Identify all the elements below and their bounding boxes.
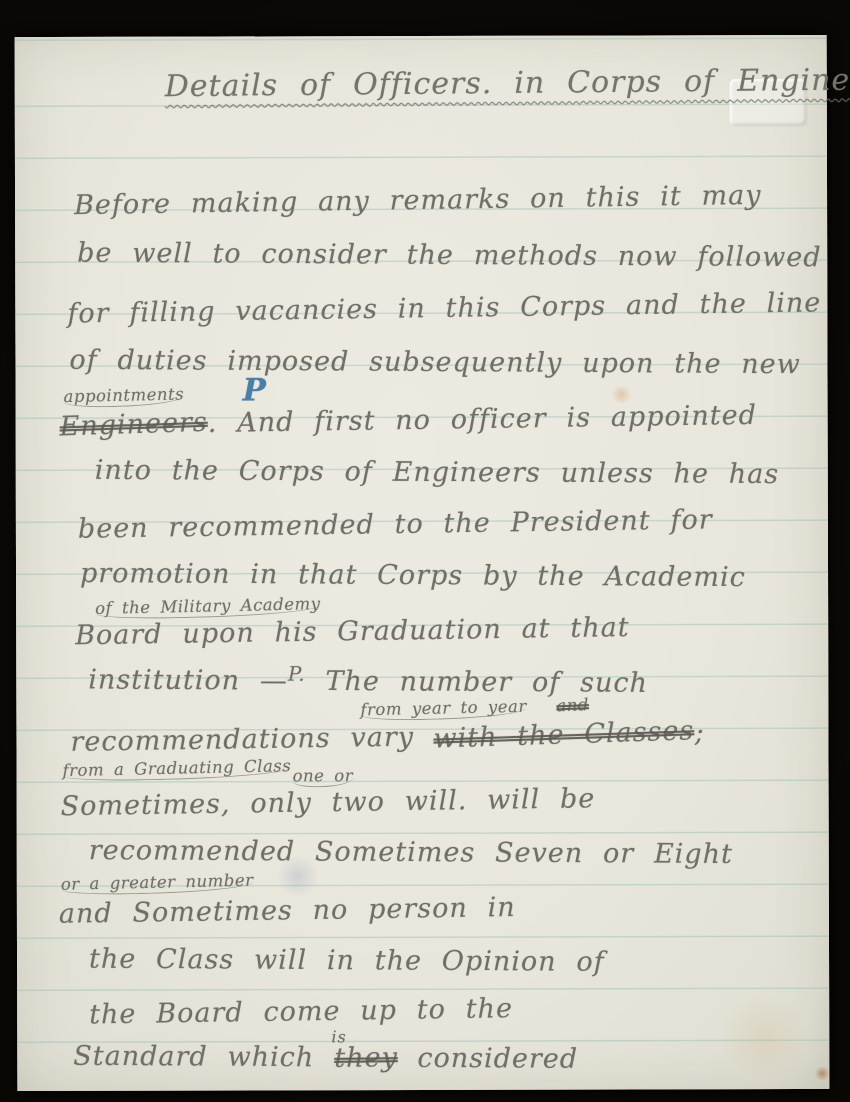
line-text: recommendations vary <box>70 722 414 758</box>
handwritten-line-10: institution —P. The number of such <box>88 660 648 698</box>
stain <box>717 995 812 1080</box>
insertion-is: is <box>331 1027 346 1046</box>
struck-phrase: with the Classes <box>434 715 695 754</box>
handwritten-line-2: be well to consider the methods now foll… <box>77 238 822 274</box>
handwritten-line-15: the Class will in the Opinion of <box>89 944 605 978</box>
pencil-proof-mark: P. <box>288 662 306 686</box>
line-text: considered <box>417 1043 578 1075</box>
handwritten-line-8: promotion in that Corps by the Academic <box>80 558 746 593</box>
line-text: ; <box>694 717 705 748</box>
struck-word: they <box>334 1042 398 1074</box>
struck-word: Engineers <box>59 407 208 443</box>
manuscript-page: Details of Officers. in Corps of Enginee… <box>15 35 830 1091</box>
line-text: institution — <box>88 664 288 696</box>
handwritten-line-6: into the Corps of Engineers unless he ha… <box>95 455 780 490</box>
stain <box>814 1067 830 1080</box>
line-text: The number of such <box>325 666 648 699</box>
line-text: Standard which <box>73 1041 314 1073</box>
struck-word: and <box>556 695 589 715</box>
photo-background: Details of Officers. in Corps of Enginee… <box>0 0 850 1102</box>
handwritten-line-13: recommended Sometimes Seven or Eight <box>89 835 733 870</box>
document-title: Details of Officers. in Corps of Enginee… <box>165 62 850 104</box>
insertion-one-or: one or <box>293 766 354 787</box>
blue-proof-mark: P <box>243 372 266 408</box>
handwritten-line-16: the Board come up to the <box>89 993 513 1030</box>
handwritten-line-4: of duties imposed subsequently upon the … <box>69 345 801 380</box>
handwritten-line-17: Standard which they is considered <box>73 1041 578 1075</box>
